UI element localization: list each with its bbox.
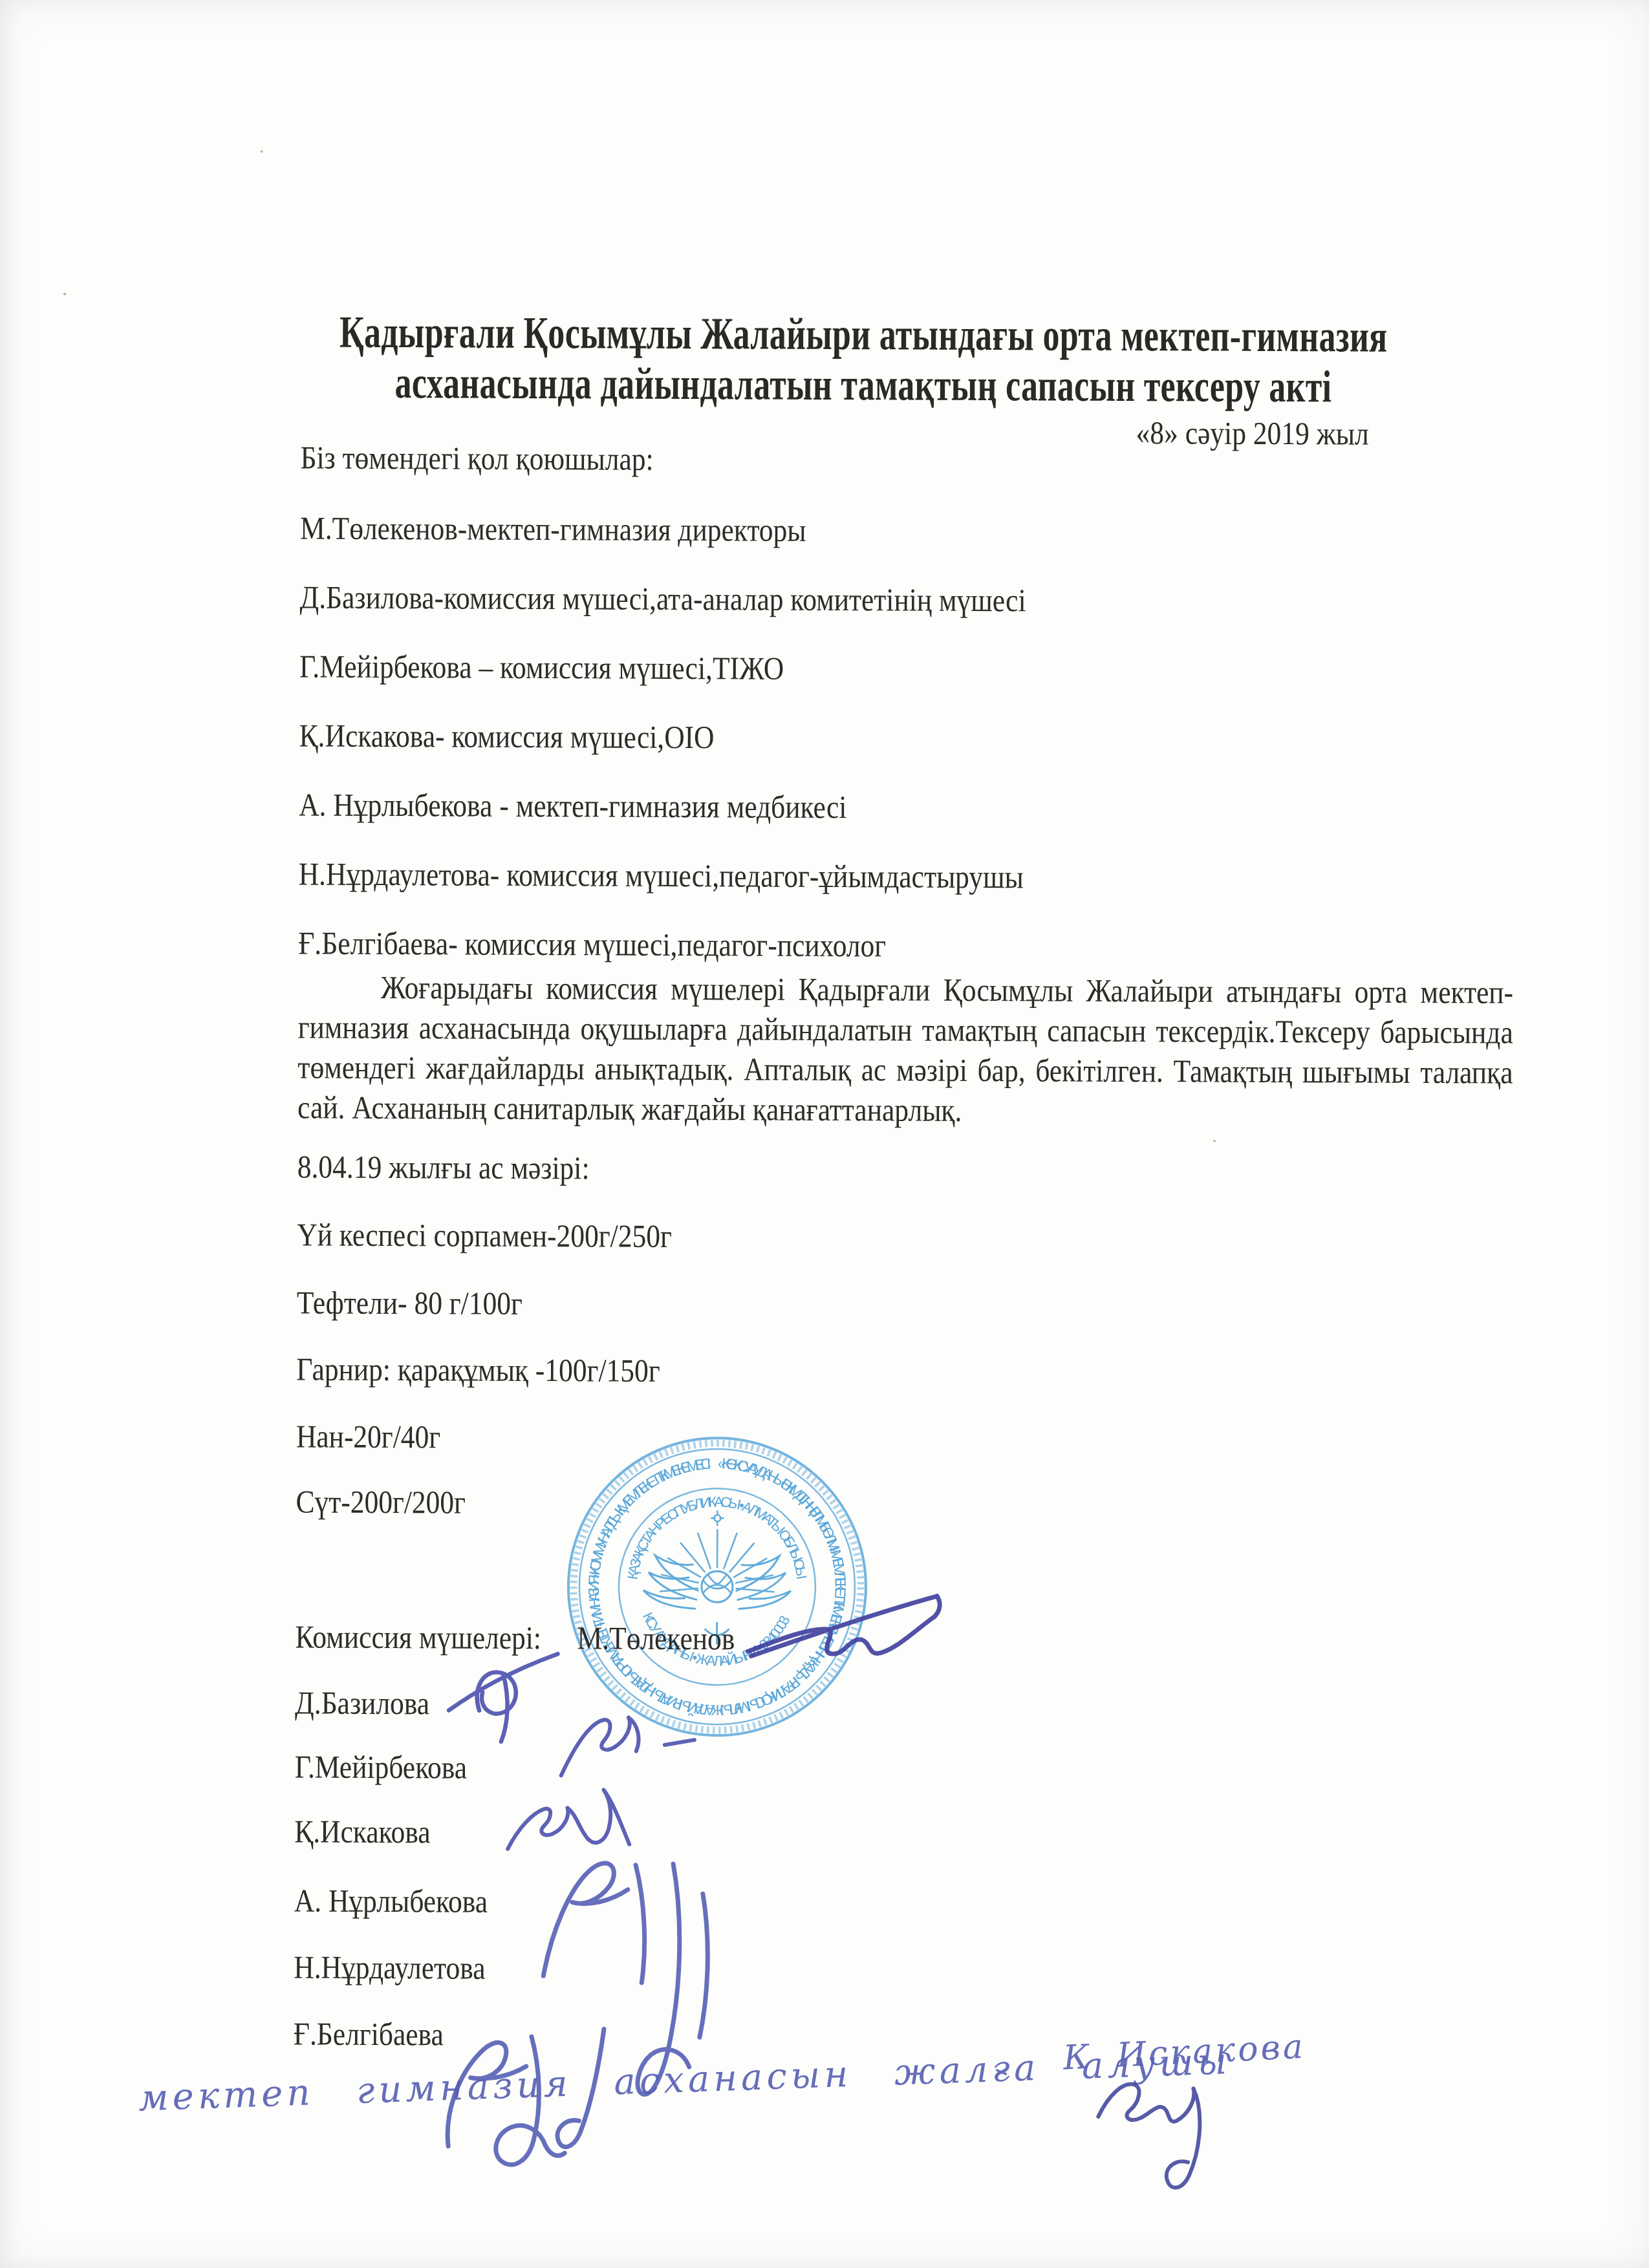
commission-row: А. Нұрлыбекова [294, 1881, 488, 1920]
menu-item: Гарнир: қарақұмық -100г/150г [296, 1350, 660, 1389]
commission-row: Н.Нұрдаулетова [294, 1948, 485, 1986]
commission-row: М.Төлекенов [577, 1619, 735, 1657]
signatory-line: Д.Базилова-комиссия мүшесі,ата-аналар ко… [299, 578, 1026, 619]
signatory-line: М.Төлекенов-мектеп-гимназия директоры [300, 509, 806, 548]
signatory-line: Қ.Искакова- комиссия мүшесі,ОІО [299, 716, 715, 756]
menu-item: Үй кеспесі сорпамен-200г/250г [297, 1215, 672, 1255]
commission-row: Д.Базилова [295, 1684, 429, 1722]
menu-item: Сүт-200г/200г [296, 1482, 466, 1521]
commission-row: Ғ.Белгібаева [294, 2015, 444, 2053]
scanned-document-page: «КӨКСУ АУДАНЫ ӘКІМДІГІНІҢ БІЛІМ БӨЛІМІ» … [0, 0, 1649, 2268]
commission-row: Г.Мейірбекова [295, 1748, 468, 1786]
document-title: Қадырғали Қосымұлы Жалайыри атындағы орт… [289, 307, 1438, 413]
signatory-line: А. Нұрлыбекова - мектеп-гимназия медбике… [299, 786, 846, 826]
scan-content: «КӨКСУ АУДАНЫ ӘКІМДІГІНІҢ БІЛІМ БӨЛІМІ» … [0, 0, 1649, 2268]
menu-heading: 8.04.19 жылғы ас мәзірі: [297, 1148, 590, 1186]
body-paragraph: Жоғарыдағы комиссия мүшелері Қадырғали Қ… [297, 967, 1513, 1132]
menu-item: Тефтели- 80 г/100г [297, 1283, 523, 1322]
printed-text-layer: Қадырғали Қосымұлы Жалайыри атындағы орт… [0, 0, 1649, 2268]
signatory-line: Н.Нұрдаулетова- комиссия мүшесі,педагог-… [299, 855, 1024, 895]
menu-item: Нан-20г/40г [296, 1417, 441, 1455]
signatory-line: Г.Мейірбекова – комиссия мүшесі,ТІЖО [299, 647, 784, 687]
signatory-line: Ғ.Белгібаева- комиссия мүшесі,педагог-пс… [298, 924, 886, 964]
intro-line: Біз төмендегі қол қоюшылар: [300, 438, 653, 477]
document-date: «8» сәуір 2019 жыл [968, 413, 1369, 453]
commission-row: Қ.Искакова [294, 1812, 431, 1850]
commission-label: Комиссия мүшелері: [295, 1618, 541, 1656]
handwritten-name: К Искакова [1062, 2027, 1306, 2078]
